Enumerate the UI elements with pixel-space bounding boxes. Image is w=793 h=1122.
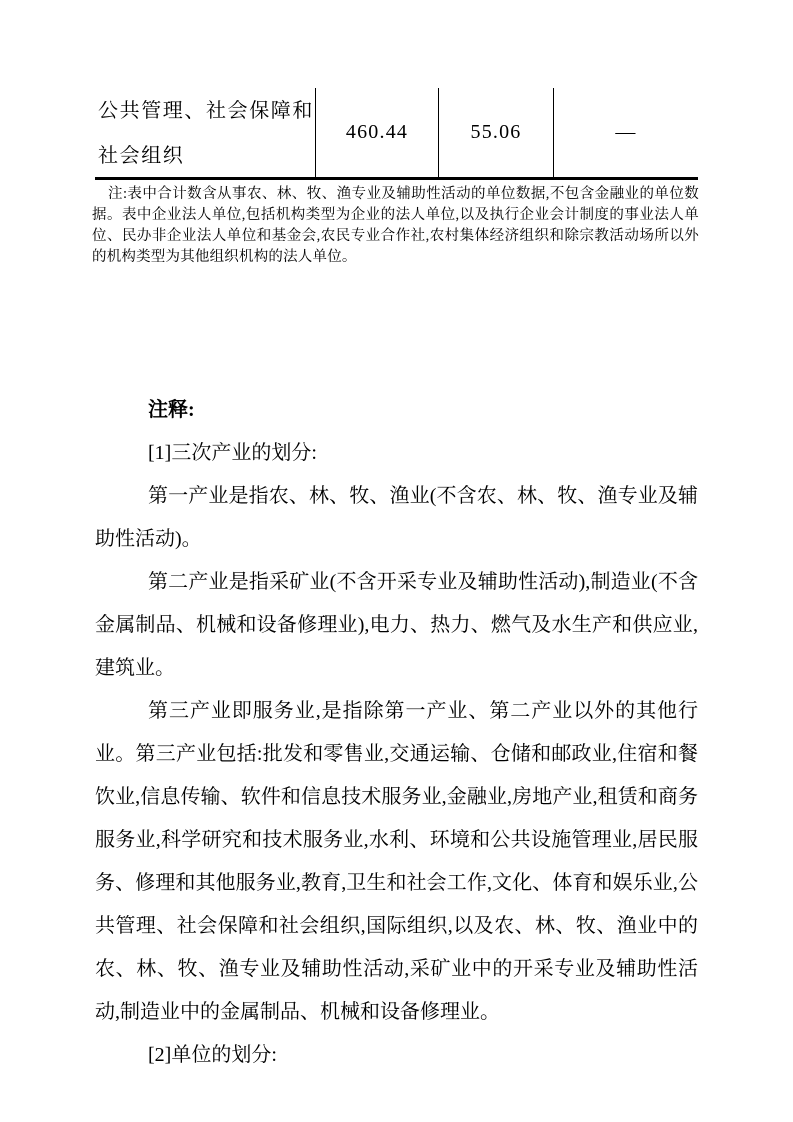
annotation-paragraph-5: [2]单位的划分:: [95, 1034, 698, 1077]
annotation-paragraph-2: 第一产业是指农、林、牧、渔业(不含农、林、牧、渔专业及辅助性活动)。: [95, 475, 698, 561]
statistics-table-row: 公共管理、社会保障和社会组织 460.44 55.06 —: [95, 88, 698, 180]
annotations-section: 注释: [1]三次产业的划分: 第一产业是指农、林、牧、渔业(不含农、林、牧、渔…: [95, 389, 698, 1077]
table-cell-value-3: —: [553, 88, 698, 177]
annotation-paragraph-3: 第二产业是指采矿业(不含开采专业及辅助性活动),制造业(不含金属制品、机械和设备…: [95, 561, 698, 690]
annotation-paragraph-1: [1]三次产业的划分:: [95, 432, 698, 475]
table-footnote: 注:表中合计数含从事农、林、牧、渔专业及辅助性活动的单位数据,不包含金融业的单位…: [92, 184, 699, 268]
table-row-label: 公共管理、社会保障和社会组织: [95, 88, 315, 177]
document-page: 公共管理、社会保障和社会组织 460.44 55.06 — 注:表中合计数含从事…: [0, 0, 793, 1122]
annotations-heading: 注释:: [95, 389, 698, 432]
table-cell-value-2: 55.06: [438, 88, 553, 177]
table-cell-value-1: 460.44: [315, 88, 438, 177]
annotation-paragraph-4: 第三产业即服务业,是指除第一产业、第二产业以外的其他行业。第三产业包括:批发和零…: [95, 690, 698, 1034]
